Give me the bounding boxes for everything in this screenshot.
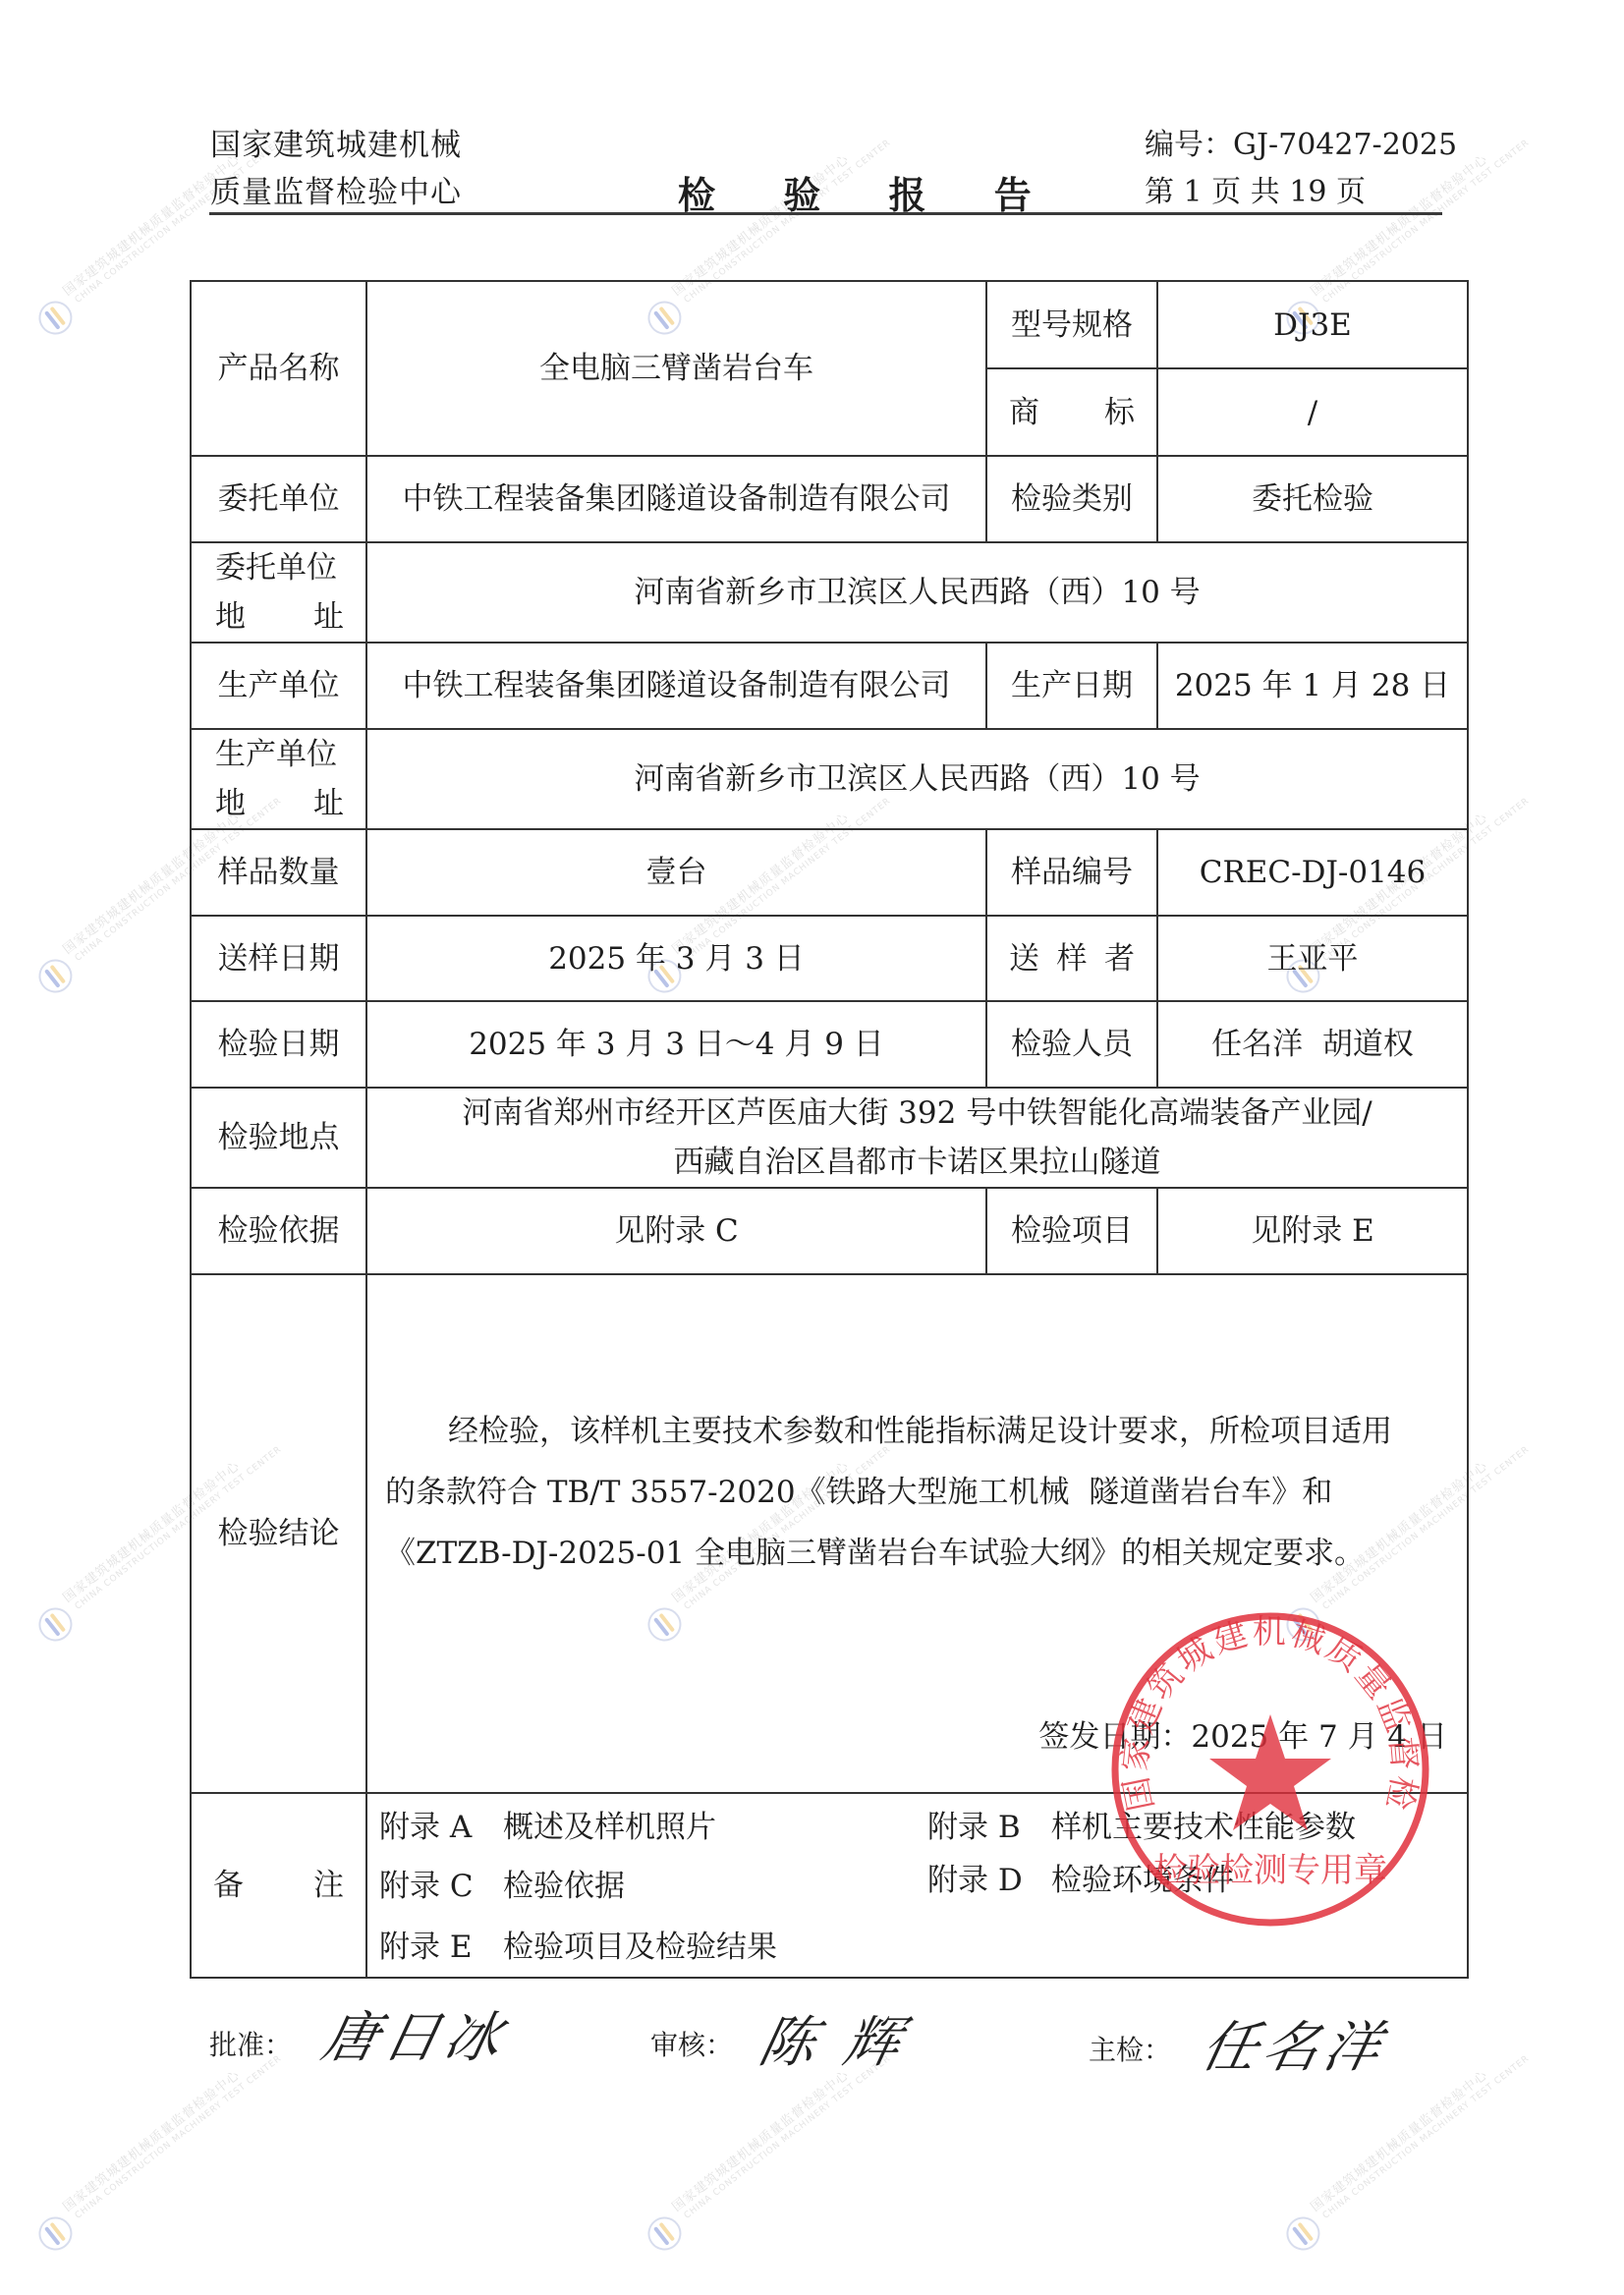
- sample-qty-value: 壹台: [366, 829, 986, 916]
- org-name-line1: 国家建筑城建机械: [210, 122, 462, 169]
- appendix-item: 附录 A概述及样机照片: [379, 1806, 716, 1849]
- review-label: 审核：: [650, 2024, 733, 2063]
- appendix-item: 附录 D检验环境条件: [927, 1859, 1234, 1902]
- manufacturer-value: 中铁工程装备集团隧道设备制造有限公司: [366, 643, 986, 729]
- report-meta: 编号：GJ-70427-2025 第 1 页 共 19 页: [1145, 122, 1457, 216]
- watermark-logo-icon: 国家建筑城建机械质量监督检验中心CHINA CONSTRUCTION MACHI…: [17, 2090, 220, 2272]
- chief-inspector-signature: 任名洋: [1195, 2004, 1394, 2083]
- client-label: 委托单位: [191, 456, 366, 542]
- location-value: 河南省郑州市经开区芦医庙大街 392 号中铁智能化高端装备产业园/ 西藏自治区昌…: [366, 1088, 1468, 1188]
- delivery-date-value: 2025 年 3 月 3 日: [366, 916, 986, 1001]
- conclusion-cell: 经检验，该样机主要技术参数和性能指标满足设计要求，所检项目适用 的条款符合 TB…: [366, 1274, 1468, 1793]
- location-line2: 西藏自治区昌都市卡诺区果拉山隧道: [367, 1138, 1467, 1187]
- trademark-value: /: [1157, 368, 1468, 456]
- inspection-type-label: 检验类别: [986, 456, 1157, 542]
- approve-label: 批准：: [209, 2024, 292, 2063]
- basis-label: 检验依据: [191, 1188, 366, 1274]
- sender-value: 王亚平: [1157, 916, 1468, 1001]
- issuing-organization: 国家建筑城建机械 质量监督检验中心: [210, 122, 462, 216]
- manufacturer-address-label: 生产单位地址: [191, 729, 366, 829]
- sample-no-value: CREC-DJ-0146: [1157, 829, 1468, 916]
- model-value: DJ3E: [1157, 281, 1468, 368]
- location-line1: 河南省郑州市经开区芦医庙大街 392 号中铁智能化高端装备产业园/: [367, 1089, 1467, 1138]
- client-address-value: 河南省新乡市卫滨区人民西路（西）10 号: [366, 542, 1468, 643]
- inspectors-value: 任名洋 胡道权: [1157, 1001, 1468, 1088]
- page-indicator: 第 1 页 共 19 页: [1145, 169, 1457, 216]
- items-value: 见附录 E: [1157, 1188, 1468, 1274]
- appendix-item: 附录 C检验依据: [379, 1865, 625, 1908]
- inspection-date-label: 检验日期: [191, 1001, 366, 1088]
- production-date-label: 生产日期: [986, 643, 1157, 729]
- conclusion-label: 检验结论: [191, 1274, 366, 1793]
- delivery-date-label: 送样日期: [191, 916, 366, 1001]
- conclusion-text: 经检验，该样机主要技术参数和性能指标满足设计要求，所检项目适用 的条款符合 TB…: [385, 1401, 1455, 1584]
- watermark-logo-icon: 国家建筑城建机械质量监督检验中心CHINA CONSTRUCTION MACHI…: [626, 2090, 829, 2272]
- header-divider: [209, 212, 1442, 215]
- location-label: 检验地点: [191, 1088, 366, 1188]
- appendix-item: 附录 E检验项目及检验结果: [379, 1926, 777, 1969]
- review-signature: 陈 辉: [753, 1999, 915, 2078]
- client-address-label: 委托单位地址: [191, 542, 366, 643]
- sample-no-label: 样品编号: [986, 829, 1157, 916]
- client-value: 中铁工程装备集团隧道设备制造有限公司: [366, 456, 986, 542]
- report-number: 编号：GJ-70427-2025: [1145, 122, 1457, 169]
- document-title: 检 验 报 告: [678, 165, 1059, 219]
- product-name-value: 全电脑三臂凿岩台车: [366, 281, 986, 456]
- issue-date: 签发日期：2025 年 7 月 4 日: [1038, 1715, 1447, 1759]
- trademark-label: 商标: [986, 368, 1157, 456]
- production-date-value: 2025 年 1 月 28 日: [1157, 643, 1468, 729]
- product-name-label: 产品名称: [191, 281, 366, 456]
- basis-value: 见附录 C: [366, 1188, 986, 1274]
- inspection-type-value: 委托检验: [1157, 456, 1468, 542]
- manufacturer-address-value: 河南省新乡市卫滨区人民西路（西）10 号: [366, 729, 1468, 829]
- org-name-line2: 质量监督检验中心: [210, 169, 462, 216]
- items-label: 检验项目: [986, 1188, 1157, 1274]
- inspection-date-value: 2025 年 3 月 3 日～4 月 9 日: [366, 1001, 986, 1088]
- remarks-label: 备注: [191, 1793, 366, 1978]
- remarks-cell: 附录 A概述及样机照片 附录 B样机主要技术性能参数 附录 C检验依据 附录 D…: [366, 1793, 1468, 1978]
- report-table: 产品名称 全电脑三臂凿岩台车 型号规格 DJ3E 商标 / 委托单位 中铁工程装…: [190, 280, 1469, 1979]
- manufacturer-label: 生产单位: [191, 643, 366, 729]
- approve-signature: 唐日冰: [315, 1994, 515, 2073]
- sender-label: 送样者: [986, 916, 1157, 1001]
- appendix-item: 附录 B样机主要技术性能参数: [927, 1806, 1356, 1849]
- sample-qty-label: 样品数量: [191, 829, 366, 916]
- watermark-logo-icon: 国家建筑城建机械质量监督检验中心CHINA CONSTRUCTION MACHI…: [1264, 2090, 1468, 2272]
- inspectors-label: 检验人员: [986, 1001, 1157, 1088]
- model-label: 型号规格: [986, 281, 1157, 368]
- chief-inspector-label: 主检：: [1089, 2029, 1171, 2068]
